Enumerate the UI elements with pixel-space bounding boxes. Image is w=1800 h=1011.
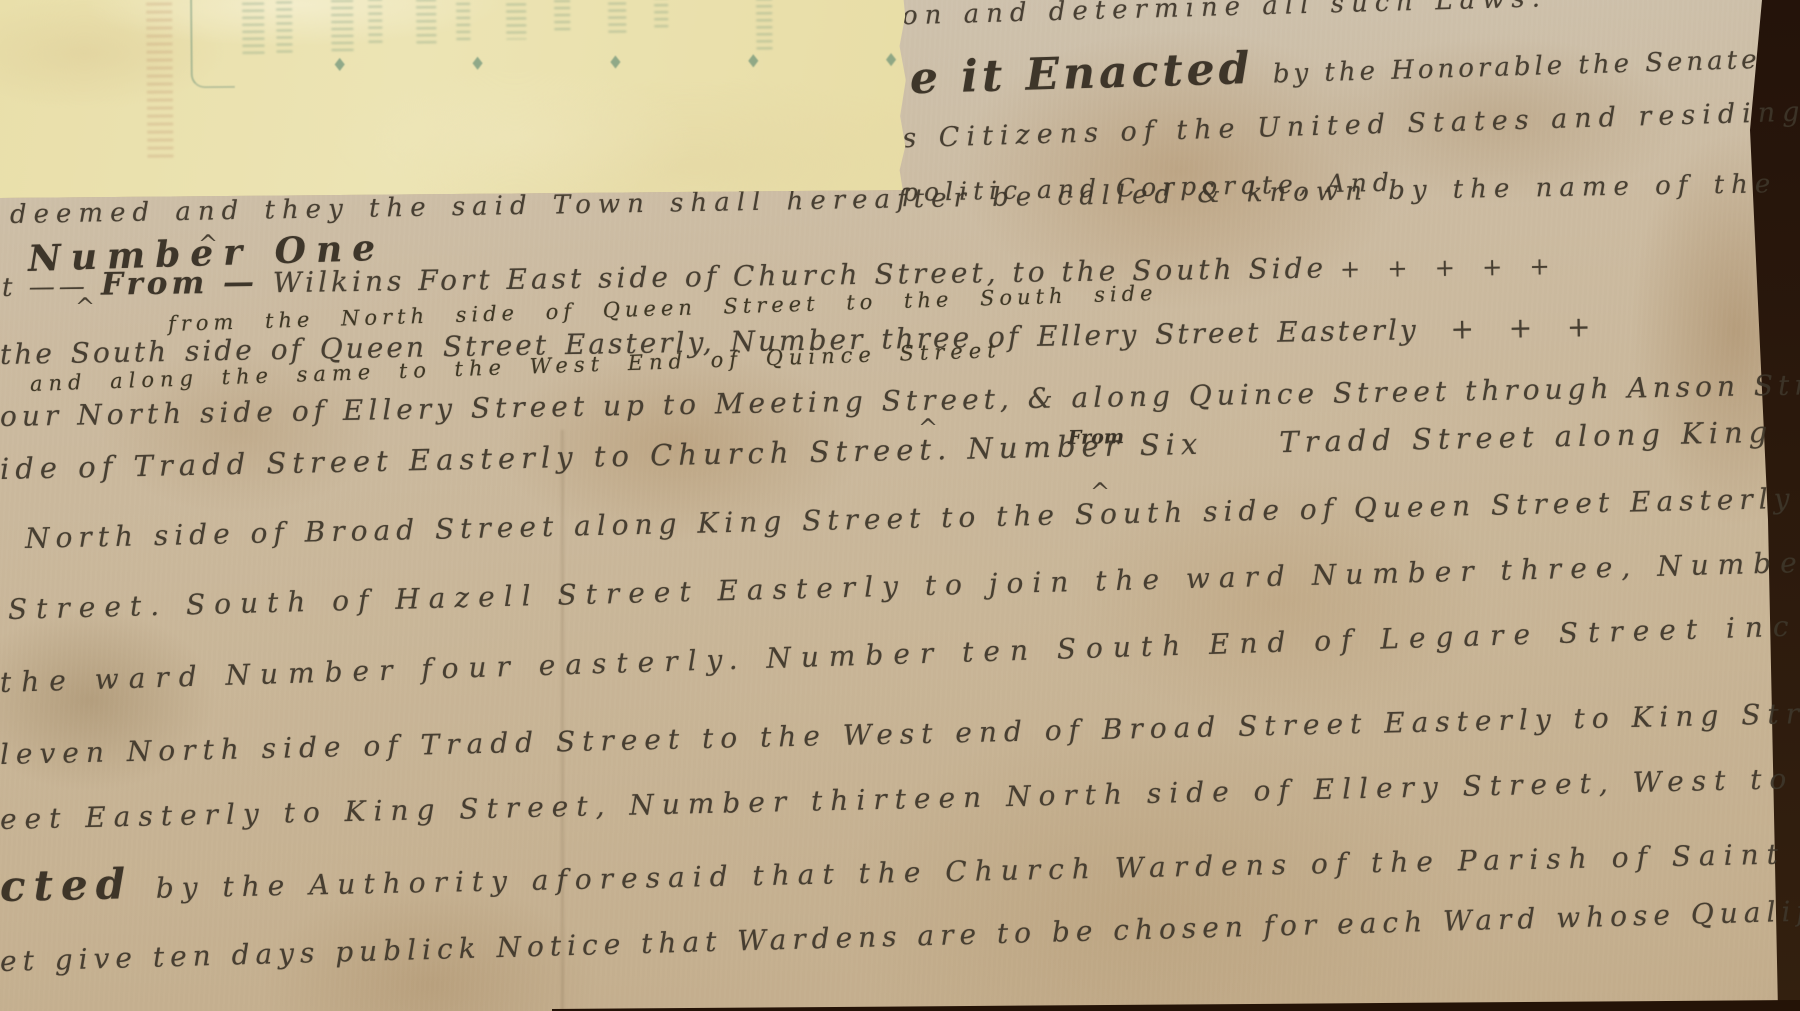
manuscript-text-segment: + + + + + [1340, 252, 1554, 283]
note-bleedthrough-column [456, 0, 470, 41]
note-bleedthrough-column [276, 1, 292, 53]
note-bleedthrough-column [506, 0, 526, 40]
note-bleedthrough-column [242, 0, 265, 58]
note-bleedthrough-border [190, 0, 235, 88]
manuscript-text-segment: From — [101, 264, 273, 302]
insertion-caret-mark: ^ [198, 230, 218, 258]
note-bleedthrough-column [146, 2, 173, 158]
manuscript-text-segment: cted [0, 859, 156, 911]
note-bleedthrough-column [368, 0, 382, 47]
insertion-caret-mark: ^ [918, 414, 938, 442]
note-bleedthrough-column [756, 0, 773, 51]
note-bleedthrough-column [416, 0, 436, 47]
note-bleedthrough-column [331, 0, 354, 51]
note-bleedthrough-diamonds: ♦ ♦ ♦ ♦ ♦ [332, 50, 958, 76]
insertion-caret-mark: ^ [1090, 478, 1110, 506]
note-bleedthrough-column [654, 0, 668, 28]
overlay-note-paper: ♦ ♦ ♦ ♦ ♦ [0, 0, 914, 200]
note-bleedthrough-column [554, 0, 570, 35]
manuscript-photo: { "colors":{ "backing":"#2e1a0c", "parch… [0, 0, 1800, 1011]
insertion-caret-mark: ^ [75, 293, 95, 321]
note-bleedthrough-column [608, 0, 626, 34]
